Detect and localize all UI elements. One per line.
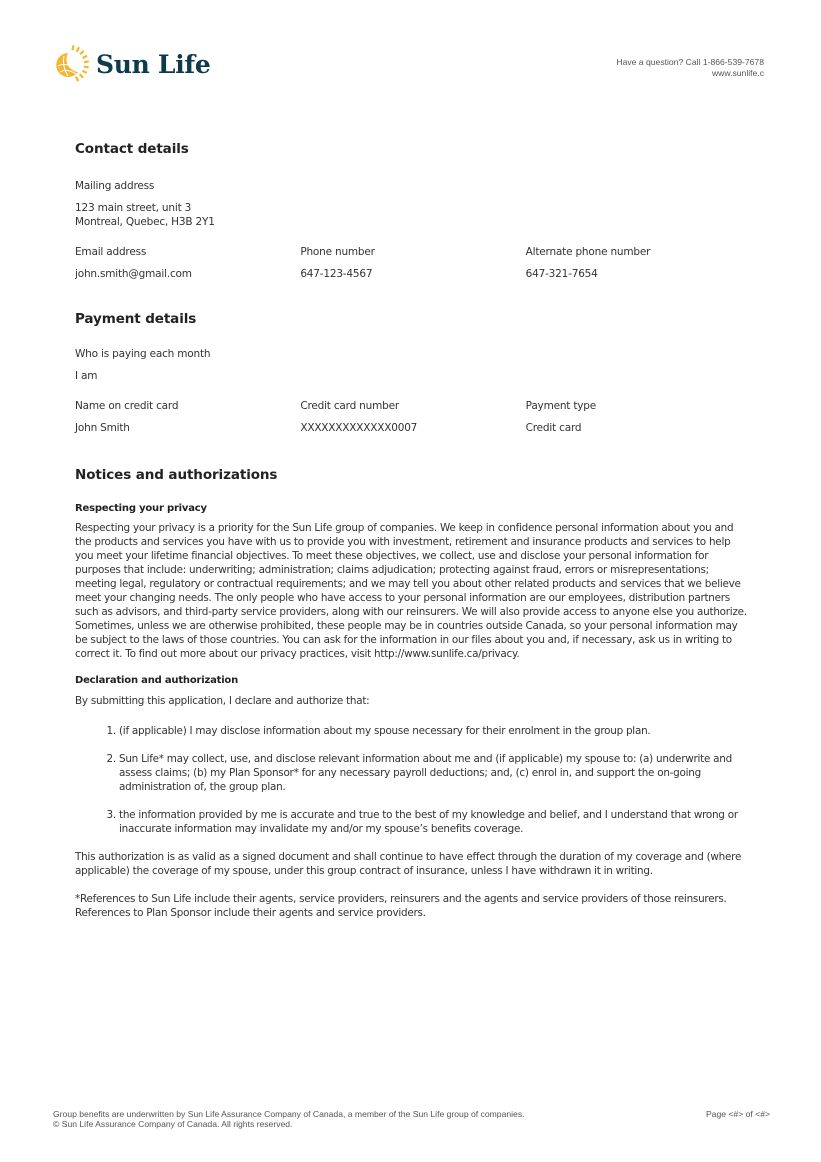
- payment-type-label: Payment type: [526, 399, 751, 413]
- document-body: Contact details Mailing address 123 main…: [75, 141, 751, 920]
- page-header: Sun Life Have a question? Call 1-866-539…: [0, 0, 821, 100]
- card-number-field: Credit card number XXXXXXXXXXXXX0007: [300, 399, 525, 435]
- phone-value: 647-123-4567: [300, 267, 525, 281]
- phone-field: Phone number 647-123-4567: [300, 245, 525, 281]
- section-title: Contact details: [75, 141, 751, 157]
- payer-label: Who is paying each month: [75, 347, 751, 361]
- contact-fields-row: Email address john.smith@gmail.com Phone…: [75, 245, 751, 281]
- card-number-value: XXXXXXXXXXXXX0007: [300, 421, 525, 435]
- page-footer: Group benefits are underwritten by Sun L…: [53, 1109, 770, 1129]
- declaration-heading: Declaration and authorization: [75, 675, 751, 686]
- payment-details-section: Payment details Who is paying each month…: [75, 311, 751, 435]
- section-title: Notices and authorizations: [75, 467, 751, 483]
- email-label: Email address: [75, 245, 300, 259]
- privacy-body: Respecting your privacy is a priority fo…: [75, 521, 751, 661]
- card-name-value: John Smith: [75, 421, 300, 435]
- contact-details-section: Contact details Mailing address 123 main…: [75, 141, 751, 281]
- underwriter-text: Group benefits are underwritten by Sun L…: [53, 1109, 770, 1119]
- help-contact: Have a question? Call 1-866-539-7678 www…: [616, 57, 764, 79]
- alt-phone-field: Alternate phone number 647-321-7654: [526, 245, 751, 281]
- payer-value: I am: [75, 369, 751, 383]
- mailing-address-line1: 123 main street, unit 3: [75, 201, 751, 215]
- notices-section: Notices and authorizations Respecting yo…: [75, 467, 751, 920]
- email-field: Email address john.smith@gmail.com: [75, 245, 300, 281]
- payment-fields-row: Name on credit card John Smith Credit ca…: [75, 399, 751, 435]
- page-number: Page <#> of <#>: [706, 1109, 770, 1119]
- copyright-text: © Sun Life Assurance Company of Canada. …: [53, 1119, 770, 1129]
- payment-type-value: Credit card: [526, 421, 751, 435]
- alt-phone-label: Alternate phone number: [526, 245, 751, 259]
- alt-phone-value: 647-321-7654: [526, 267, 751, 281]
- payment-type-field: Payment type Credit card: [526, 399, 751, 435]
- card-name-field: Name on credit card John Smith: [75, 399, 300, 435]
- card-number-label: Credit card number: [300, 399, 525, 413]
- help-phone-text: Have a question? Call 1-866-539-7678: [616, 57, 764, 68]
- website-link[interactable]: www.sunlife.c: [616, 68, 764, 79]
- declaration-item: the information provided by me is accura…: [119, 808, 751, 836]
- declaration-item: (if applicable) I may disclose informati…: [119, 724, 751, 738]
- phone-label: Phone number: [300, 245, 525, 259]
- sun-globe-icon: [50, 44, 90, 84]
- brand-name: Sun Life: [96, 52, 210, 77]
- validity-statement: This authorization is as valid as a sign…: [75, 850, 751, 878]
- privacy-heading: Respecting your privacy: [75, 503, 751, 514]
- email-value: john.smith@gmail.com: [75, 267, 300, 281]
- mailing-address-line2: Montreal, Quebec, H3B 2Y1: [75, 215, 751, 229]
- references-note: *References to Sun Life include their ag…: [75, 892, 751, 920]
- sun-life-logo: Sun Life: [50, 44, 210, 84]
- declaration-list: (if applicable) I may disclose informati…: [75, 724, 751, 836]
- card-name-label: Name on credit card: [75, 399, 300, 413]
- declaration-intro: By submitting this application, I declar…: [75, 694, 751, 708]
- section-title: Payment details: [75, 311, 751, 327]
- declaration-item: Sun Life* may collect, use, and disclose…: [119, 752, 751, 794]
- mailing-address-label: Mailing address: [75, 179, 751, 193]
